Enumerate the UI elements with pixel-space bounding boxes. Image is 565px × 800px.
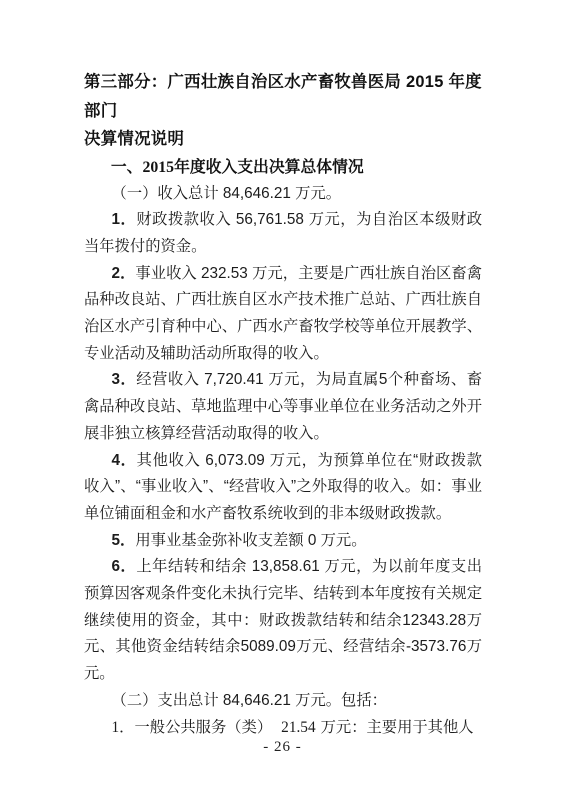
item-number: 5． [112, 532, 136, 549]
document-body: 第三部分：广西壮族自治区水产畜牧兽医局 2015 年度部门决算情况说明 一、20… [84, 68, 482, 741]
expense-total-paragraph: （二）支出总计 84,646.21 万元。包括： [84, 688, 482, 715]
section-heading-prefix: 一、 [111, 159, 143, 176]
income-item-5: 5．用事业基金弥补收支差额 0 万元。 [84, 528, 482, 555]
income-item-3: 3．经营收入 7,720.41 万元，为局直属5个种畜场、畜禽品种改良站、草地监… [84, 367, 482, 447]
income-item-1: 1．财政拨款收入 56,761.58 万元，为自治区本级财政当年拨付的资金。 [84, 207, 482, 260]
income-total-paragraph: （一）收入总计 84,646.21 万元。 [84, 181, 482, 208]
income-item-2: 2．事业收入 232.53 万元，主要是广西壮族自治区畜禽品种改良站、广西壮族自… [84, 261, 482, 368]
item-text: 事业收入 232.53 万元，主要是广西壮族自治区畜禽品种改良站、广西壮族自区水… [84, 265, 482, 362]
income-item-4: 4．其他收入 6,073.09 万元，为预算单位在“财政拨款收入”、“事业收入”… [84, 448, 482, 528]
section-heading-year: 2015 [142, 159, 174, 176]
item-desc: 万元：主要用于其他人 [321, 719, 474, 736]
page-number: - 26 - [0, 739, 565, 756]
item-number: 1． [112, 719, 135, 736]
section-heading: 一、2015年度收入支出决算总体情况 [84, 154, 482, 181]
item-number: 4． [112, 452, 137, 469]
section-heading-rest: 年度收入支出决算总体情况 [174, 159, 364, 176]
item-text: 其他收入 6,073.09 万元，为预算单位在“财政拨款收入”、“事业收入”、“… [84, 452, 482, 522]
item-number: 2． [112, 265, 136, 282]
item-text: 上年结转和结余 13,858.61 万元，为以前年度支出预算因客观条件变化未执行… [84, 558, 482, 682]
item-text: 经营收入 7,720.41 万元，为局直属5个种畜场、畜禽品种改良站、草地监理中… [84, 371, 482, 441]
document-title-line2: 决算情况说明 [84, 130, 184, 148]
document-title: 第三部分：广西壮族自治区水产畜牧兽医局 2015 年度部门决算情况说明 [84, 68, 482, 154]
income-item-6: 6．上年结转和结余 13,858.61 万元，为以前年度支出预算因客观条件变化未… [84, 554, 482, 688]
item-number: 3． [112, 371, 137, 388]
item-amount: 21.54 [281, 719, 315, 736]
document-page: 第三部分：广西壮族自治区水产畜牧兽医局 2015 年度部门决算情况说明 一、20… [0, 0, 565, 800]
item-number: 6． [112, 558, 137, 575]
expense-item-1: 1．一般公共服务（类）21.54万元：主要用于其他人 [84, 715, 482, 742]
item-number: 1． [112, 211, 137, 228]
item-text: 用事业基金弥补收支差额 0 万元。 [135, 532, 366, 549]
item-text: 财政拨款收入 56,761.58 万元，为自治区本级财政当年拨付的资金。 [84, 211, 482, 255]
document-title-line1: 第三部分：广西壮族自治区水产畜牧兽医局 2015 年度部门 [84, 73, 482, 120]
item-label: 一般公共服务（类） [134, 719, 272, 736]
